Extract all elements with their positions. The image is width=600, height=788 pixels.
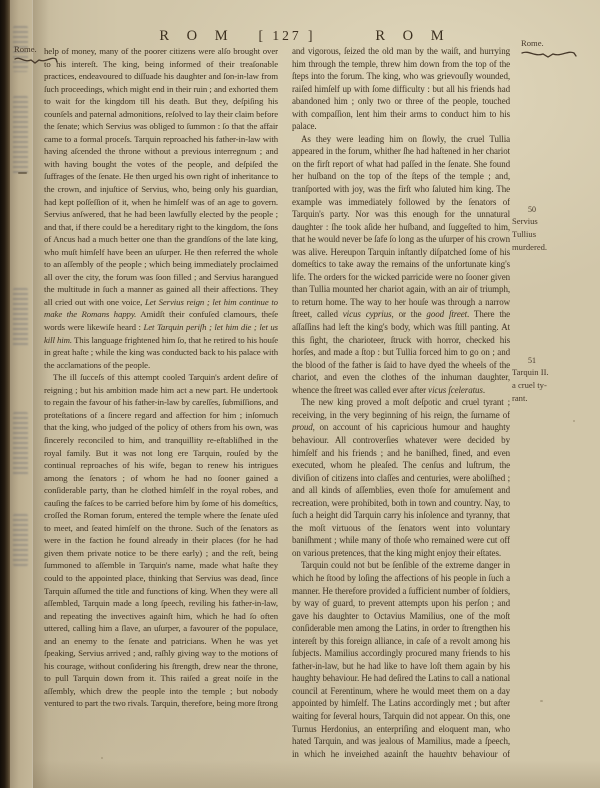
book-spine — [0, 0, 10, 788]
paragraph: As they were leading him on ſlowly, the … — [292, 133, 510, 396]
margin-note-line: murdered. — [512, 241, 596, 254]
margin-label-text: Rome. — [14, 44, 37, 54]
margin-note-line: Servius — [512, 215, 596, 228]
page-number: [ 127 ] — [259, 28, 316, 44]
side-notes: 50ServiusTulliusmurdered.51Tarquin II.a … — [512, 0, 596, 788]
margin-note: 50ServiusTulliusmurdered. — [512, 205, 596, 253]
bleed-through-mark — [13, 412, 28, 476]
margin-note-line: Tullius — [512, 228, 596, 241]
paragraph: The ill ſucceſs of this attempt cooled T… — [44, 371, 278, 710]
paragraph: help of money, many of the poorer citize… — [44, 45, 278, 371]
bleed-through-mark — [13, 288, 28, 348]
right-column-text: and vigorous, ſeized the old man by the … — [292, 45, 510, 757]
margin-dash-mark — [18, 172, 27, 174]
margin-note-number: 51 — [528, 356, 596, 366]
text-block: help of money, many of the poorer citize… — [44, 45, 510, 757]
bleed-through-mark — [13, 96, 28, 176]
running-title-left: R O M — [159, 28, 234, 45]
margin-note-line: rant. — [512, 392, 596, 405]
paragraph: Tarquin could not but be ſenſible of the… — [292, 559, 510, 757]
paper-speck — [392, 713, 394, 715]
margin-note-line: Tarquin II. — [512, 366, 596, 379]
book-page: R O M [ 127 ] R O M Rome. Rome. help of … — [0, 0, 600, 788]
paper-speck — [101, 757, 103, 759]
paper-speck — [573, 420, 575, 422]
margin-note-number: 50 — [528, 205, 596, 215]
paper-speck — [427, 641, 429, 643]
right-column: and vigorous, ſeized the old man by the … — [292, 45, 510, 757]
running-title-right: R O M — [375, 28, 450, 45]
margin-note-line: a cruel ty- — [512, 379, 596, 392]
bleed-through-mark — [13, 514, 28, 566]
left-column: help of money, many of the poorer citize… — [44, 45, 278, 757]
margin-note: 51Tarquin II.a cruel ty-rant. — [512, 356, 596, 404]
paragraph: and vigorous, ſeized the old man by the … — [292, 45, 510, 133]
paragraph: The new king proved a moſt deſpotic and … — [292, 396, 510, 559]
paper-speck — [540, 700, 543, 702]
page-edge — [10, 0, 33, 788]
